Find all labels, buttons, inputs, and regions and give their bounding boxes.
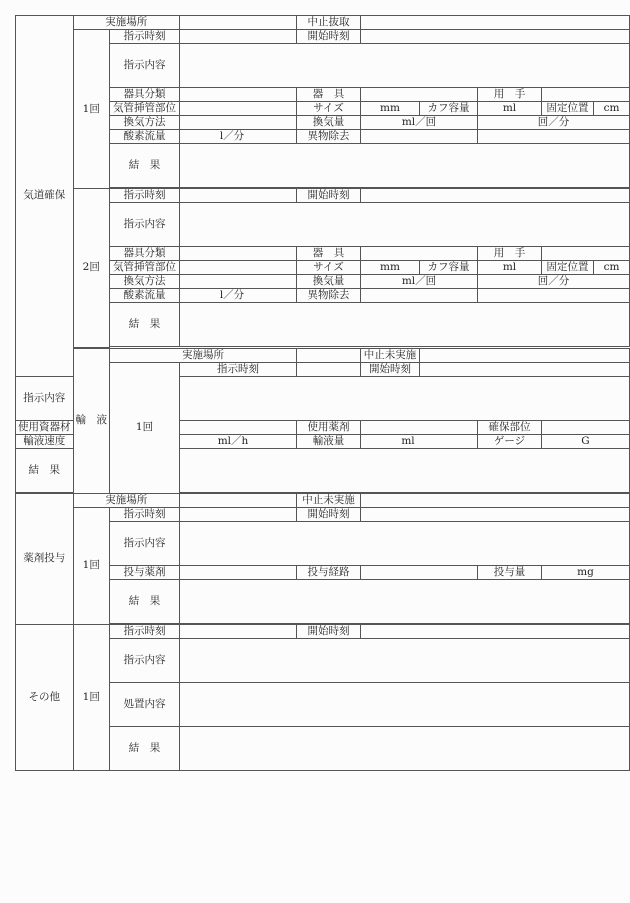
start-time-label: 開始時刻 <box>297 507 361 521</box>
order-content-label: 指示内容 <box>110 638 180 682</box>
order-content-field[interactable] <box>180 638 630 682</box>
status-label: 中止未実施 <box>297 493 361 507</box>
drug-field[interactable] <box>180 565 297 579</box>
device-field[interactable] <box>361 88 478 102</box>
status-label: 中止抜取 <box>297 16 361 30</box>
oxygen-flow-label: 酸素流量 <box>110 289 180 303</box>
order-time-field[interactable] <box>180 507 297 521</box>
fix-pos-label: 固定位置 <box>542 261 594 275</box>
status-field[interactable] <box>361 16 630 30</box>
result-field[interactable] <box>180 303 630 347</box>
equipment-field[interactable] <box>180 420 297 434</box>
order-time-label: 指示時刻 <box>110 189 180 203</box>
user-label: 用 手 <box>478 247 542 261</box>
cuff-label: カフ容量 <box>420 102 478 116</box>
ventilation-rate-field[interactable]: 回／分 <box>478 116 630 130</box>
foreign-removal-field[interactable] <box>361 130 478 144</box>
order-time-label: 指示時刻 <box>110 507 180 521</box>
device-label: 器 具 <box>297 88 361 102</box>
round-label: 1回 <box>73 507 110 624</box>
foreign-removal-note-field[interactable] <box>478 130 630 144</box>
treatment-label: 処置内容 <box>110 682 180 726</box>
result-field[interactable] <box>180 579 630 623</box>
intubation-site-field[interactable] <box>180 102 297 116</box>
volume-label: 輸液量 <box>297 434 361 448</box>
intubation-site-label: 気管挿管部位 <box>110 261 180 275</box>
order-content-field[interactable] <box>180 521 630 565</box>
order-time-field[interactable] <box>180 624 297 638</box>
result-label: 結 果 <box>110 579 180 623</box>
ventilation-method-field[interactable] <box>180 116 297 130</box>
fix-pos-field[interactable]: cm <box>594 102 630 116</box>
cuff-field[interactable]: ml <box>478 102 542 116</box>
order-content-label: 指示内容 <box>16 376 74 420</box>
user-label: 用 手 <box>478 88 542 102</box>
result-field[interactable] <box>180 726 630 770</box>
equipment-label: 使用資器材 <box>16 420 74 434</box>
route-label: 投与経路 <box>297 565 361 579</box>
ventilation-volume-label: 換気量 <box>297 116 361 130</box>
oxygen-flow-field[interactable]: l／分 <box>180 289 297 303</box>
result-field[interactable] <box>180 144 630 188</box>
cuff-field[interactable]: ml <box>478 261 542 275</box>
site-field[interactable] <box>542 420 630 434</box>
site-label: 確保部位 <box>478 420 542 434</box>
location-field[interactable] <box>297 348 361 362</box>
dose-label: 投与量 <box>478 565 542 579</box>
location-field[interactable] <box>180 16 297 30</box>
start-time-field[interactable] <box>361 624 630 638</box>
rate-label: 輸液速度 <box>16 434 74 448</box>
volume-field[interactable]: ml <box>361 434 478 448</box>
foreign-removal-field[interactable] <box>361 289 478 303</box>
order-content-label: 指示内容 <box>110 203 180 247</box>
user-field[interactable] <box>542 88 630 102</box>
drug-field[interactable] <box>361 420 478 434</box>
foreign-removal-note-field[interactable] <box>478 289 630 303</box>
ventilation-volume-field[interactable]: ml／回 <box>361 275 478 289</box>
device-class-field[interactable] <box>180 247 297 261</box>
order-content-field[interactable] <box>180 203 630 247</box>
round-label: 1回 <box>110 362 180 493</box>
section-title-other: その他 <box>16 624 74 770</box>
size-field[interactable]: mm <box>361 261 420 275</box>
device-class-label: 器具分類 <box>110 88 180 102</box>
oxygen-flow-field[interactable]: l／分 <box>180 130 297 144</box>
order-content-label: 指示内容 <box>110 44 180 88</box>
fix-pos-field[interactable]: cm <box>594 261 630 275</box>
result-label: 結 果 <box>110 303 180 347</box>
ventilation-volume-label: 換気量 <box>297 275 361 289</box>
order-time-label: 指示時刻 <box>110 624 180 638</box>
ventilation-method-label: 換気方法 <box>110 275 180 289</box>
location-field[interactable] <box>180 493 297 507</box>
ventilation-method-field[interactable] <box>180 275 297 289</box>
device-class-field[interactable] <box>180 88 297 102</box>
fix-pos-label: 固定位置 <box>542 102 594 116</box>
section-title-infusion: 輸 液 <box>73 348 110 493</box>
size-field[interactable]: mm <box>361 102 420 116</box>
start-time-label: 開始時刻 <box>361 362 420 376</box>
ventilation-volume-field[interactable]: ml／回 <box>361 116 478 130</box>
result-field[interactable] <box>180 448 630 492</box>
device-class-label: 器具分類 <box>110 247 180 261</box>
start-time-field[interactable] <box>420 362 630 376</box>
intubation-site-label: 気管挿管部位 <box>110 102 180 116</box>
order-time-field[interactable] <box>297 362 361 376</box>
round-label: 1回 <box>73 30 110 189</box>
gauge-field[interactable]: G <box>542 434 630 448</box>
order-time-label: 指示時刻 <box>180 362 297 376</box>
gauge-label: ゲージ <box>478 434 542 448</box>
user-field[interactable] <box>542 247 630 261</box>
order-time-field[interactable] <box>180 189 297 203</box>
result-label: 結 果 <box>16 448 74 492</box>
size-label: サイズ <box>297 261 361 275</box>
location-label: 実施場所 <box>110 348 297 362</box>
dose-field[interactable]: mg <box>542 565 630 579</box>
start-time-field[interactable] <box>361 30 630 44</box>
size-label: サイズ <box>297 102 361 116</box>
oxygen-flow-label: 酸素流量 <box>110 130 180 144</box>
result-label: 結 果 <box>110 144 180 188</box>
location-label: 実施場所 <box>73 493 180 507</box>
treatment-field[interactable] <box>180 682 630 726</box>
status-field[interactable] <box>420 348 630 362</box>
start-time-label: 開始時刻 <box>297 30 361 44</box>
drug-label: 使用薬剤 <box>297 420 361 434</box>
section-title-drug: 薬剤投与 <box>16 493 74 624</box>
foreign-removal-label: 異物除去 <box>297 289 361 303</box>
order-time-label: 指示時刻 <box>110 30 180 44</box>
order-content-label: 指示内容 <box>110 521 180 565</box>
start-time-field[interactable] <box>361 507 630 521</box>
section-title-airway: 気道確保 <box>16 16 74 377</box>
location-label: 実施場所 <box>73 16 180 30</box>
order-time-field[interactable] <box>180 30 297 44</box>
status-label: 中止未実施 <box>361 348 420 362</box>
device-field[interactable] <box>361 247 478 261</box>
route-field[interactable] <box>361 565 478 579</box>
ventilation-method-label: 換気方法 <box>110 116 180 130</box>
ventilation-rate-field[interactable]: 回／分 <box>478 275 630 289</box>
start-time-label: 開始時刻 <box>297 189 361 203</box>
start-time-label: 開始時刻 <box>297 624 361 638</box>
status-field[interactable] <box>361 493 630 507</box>
rate-field[interactable]: ml／h <box>180 434 297 448</box>
foreign-removal-label: 異物除去 <box>297 130 361 144</box>
order-content-field[interactable] <box>180 44 630 88</box>
drug-label: 投与薬剤 <box>110 565 180 579</box>
cuff-label: カフ容量 <box>420 261 478 275</box>
start-time-field[interactable] <box>361 189 630 203</box>
round-label: 2回 <box>73 189 110 348</box>
result-label: 結 果 <box>110 726 180 770</box>
round-label: 1回 <box>73 624 110 770</box>
treatment-record-form: 気道確保 実施場所 中止抜取 1回 指示時刻 開始時刻 指示内容 器具分類 器 … <box>15 15 630 771</box>
order-content-field[interactable] <box>180 376 630 420</box>
device-label: 器 具 <box>297 247 361 261</box>
intubation-site-field[interactable] <box>180 261 297 275</box>
